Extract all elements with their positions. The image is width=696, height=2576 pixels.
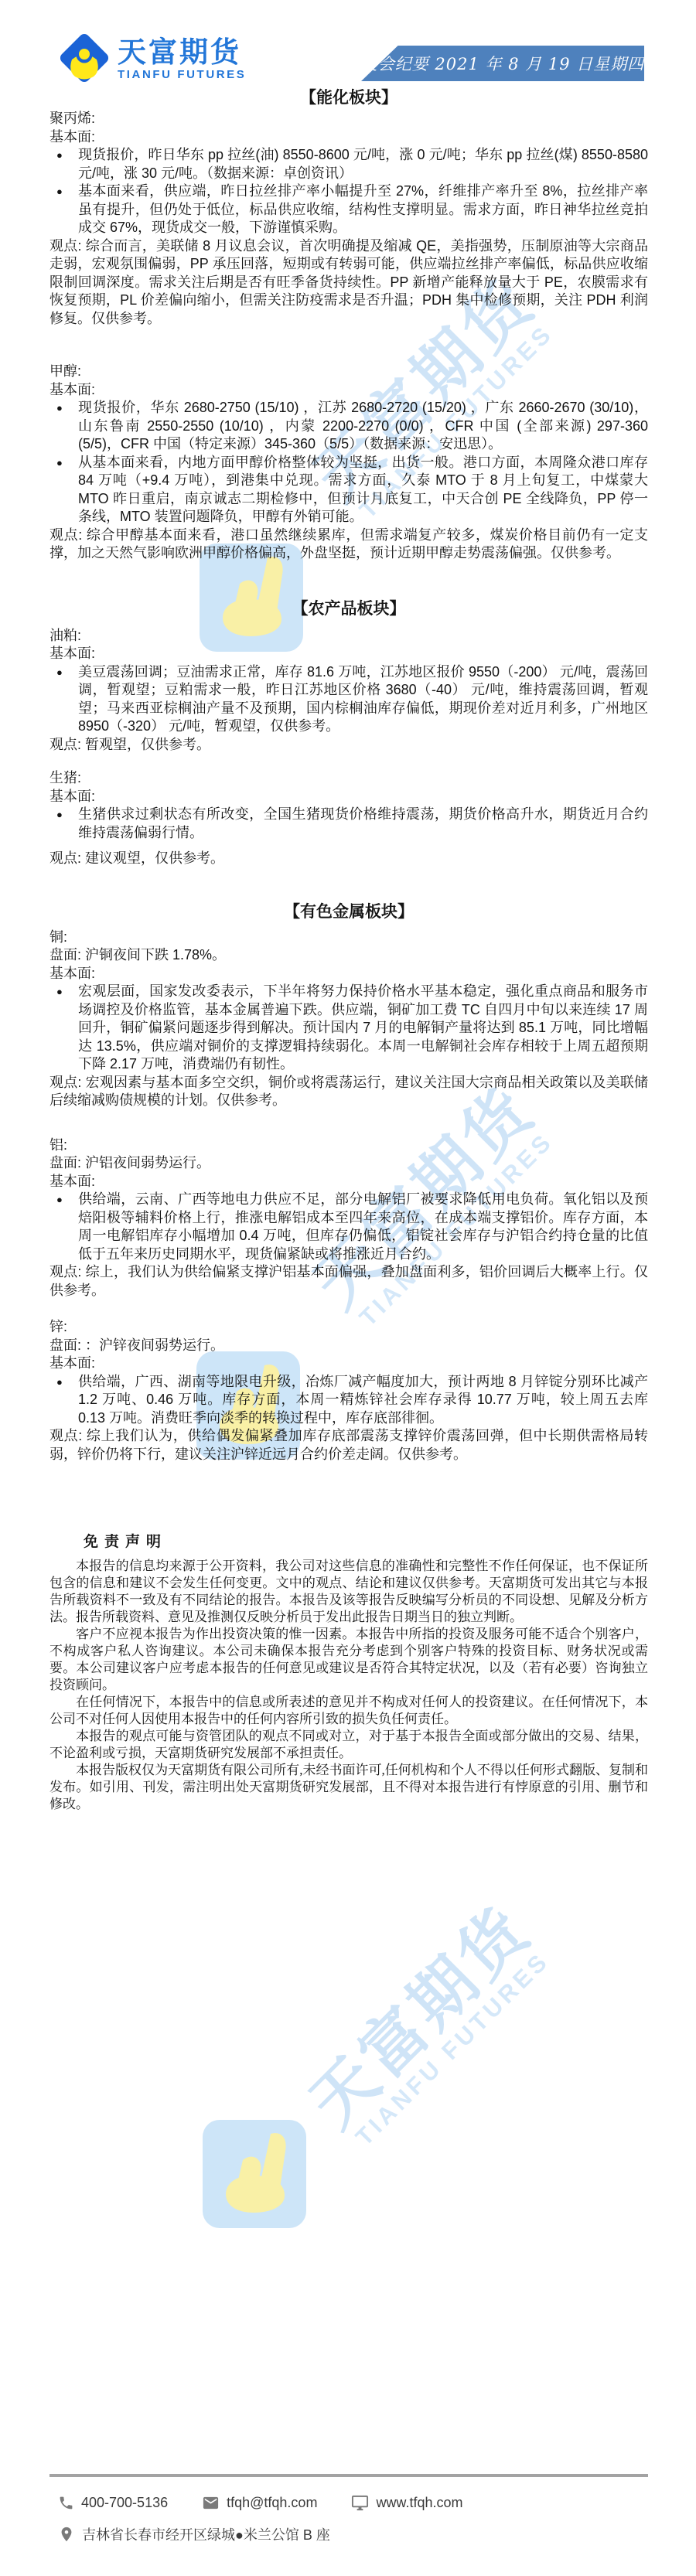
- commodity-name: 油粕:: [49, 627, 648, 646]
- commodity-name: 生猪:: [49, 769, 648, 788]
- market-line: 盘面: 沪铝夜间弱势运行。: [49, 1154, 648, 1173]
- footer-divider: [49, 2474, 648, 2477]
- bullet-item: 现货报价，华东 2680-2750 (15/10) ，江苏 2680-2720 …: [49, 399, 648, 454]
- bullet-dot-icon: [56, 182, 63, 201]
- bullet-list: 供给端，广西、湖南等地限电升级，冶炼厂减产幅度加大，预计两地 8 月锌锭分别环比…: [49, 1373, 648, 1428]
- bullet-dot-icon: [56, 663, 63, 682]
- commodity-name: 甲醇:: [49, 363, 648, 381]
- bullet-dot-icon: [56, 399, 63, 417]
- report-date-banner: 晨会纪要 2021 年 8 月 19 日星期四: [361, 46, 644, 81]
- viewpoint: 观点: 宏观因素与基本面多空交织，铜价或将震荡运行，建议关注国大宗商品相关政策以…: [49, 1074, 648, 1110]
- viewpoint: 观点: 建议观望，仅供参考。: [49, 850, 648, 868]
- commodity-copper: 铜: 盘面: 沪铜夜间下跌 1.78%。 基本面: 宏观层面，国家发改委表示，下…: [49, 929, 648, 1110]
- disclaimer-paragraph: 本报告的观点可能与资管团队的观点不同或对立，对于基于本报告全面或部分做出的交易、…: [49, 1728, 648, 1762]
- market-line: 盘面: 沪铜夜间下跌 1.78%。: [49, 946, 648, 965]
- bullet-list: 供给端，云南、广西等地电力供应不足，部分电解铝厂被要求降低用电负荷。氧化铝以及预…: [49, 1191, 648, 1263]
- watermark-logo-icon: [203, 2120, 306, 2228]
- footer-phone: 400-700-5136: [58, 2495, 168, 2511]
- commodity-polypropylene: 聚丙烯: 基本面: 现货报价，昨日华东 pp 拉丝(油) 8550-8600 元…: [49, 110, 648, 328]
- bullet-dot-icon: [56, 983, 63, 1001]
- fundamental-label: 基本面:: [49, 1173, 648, 1191]
- viewpoint: 观点: 综合而言，美联储 8 月议息会议，首次明确提及缩减 QE，美指强势，压制…: [49, 237, 648, 329]
- bullet-item: 现货报价，昨日华东 pp 拉丝(油) 8550-8600 元/吨，涨 0 元/吨…: [49, 146, 648, 182]
- disclaimer-paragraph: 本报告版权仅为天富期货有限公司所有,未经书面许可,任何机构和个人不得以任何形式翻…: [49, 1762, 648, 1813]
- commodity-name: 锌:: [49, 1318, 648, 1337]
- section-heading-agriculture: 【农产品板块】: [49, 598, 648, 621]
- bullet-dot-icon: [56, 1191, 63, 1209]
- brand-block: 天富期货 TIANFU FUTURES: [118, 37, 246, 82]
- bullet-item: 美豆震荡回调；豆油需求正常，库存 81.6 万吨，江苏地区报价 9550（-20…: [49, 663, 648, 736]
- footer: 400-700-5136 tfqh@tfqh.com www.tfqh.com: [0, 2474, 696, 2544]
- commodity-name: 铜:: [49, 929, 648, 947]
- commodity-name: 铝:: [49, 1136, 648, 1155]
- commodity-methanol: 甲醇: 基本面: 现货报价，华东 2680-2750 (15/10) ，江苏 2…: [49, 363, 648, 563]
- fundamental-label: 基本面:: [49, 645, 648, 663]
- header: 天富期货 TIANFU FUTURES 晨会纪要 2021 年 8 月 19 日…: [0, 0, 696, 89]
- bullet-list: 现货报价，华东 2680-2750 (15/10) ，江苏 2680-2720 …: [49, 399, 648, 526]
- bullet-dot-icon: [56, 1373, 63, 1392]
- footer-website: www.tfqh.com: [351, 2494, 462, 2512]
- brand-name-cn: 天富期货: [118, 37, 246, 68]
- report-page: 天富期货 TIANFU FUTURES 天富期货 TIANFU FUTURES …: [0, 0, 696, 2576]
- fundamental-label: 基本面:: [49, 128, 648, 147]
- bullet-dot-icon: [56, 806, 63, 824]
- bullet-item: 生猪供求过剩状态有所改变，全国生猪现货价格维持震荡，期货价格高升水，期货近月合约…: [49, 806, 648, 842]
- footer-phone-number: 400-700-5136: [81, 2495, 168, 2511]
- bullet-list: 现货报价，昨日华东 pp 拉丝(油) 8550-8600 元/吨，涨 0 元/吨…: [49, 146, 648, 237]
- bullet-item: 从基本面来看，内地方面甲醇价格整体较为坚挺，出货一般。港口方面，本周隆众港口库存…: [49, 454, 648, 526]
- report-body: 【能化板块】 聚丙烯: 基本面: 现货报价，昨日华东 pp 拉丝(油) 8550…: [49, 87, 648, 1813]
- footer-address-text: 吉林省长春市经开区绿城●米兰公馆 B 座: [82, 2524, 330, 2544]
- bullet-dot-icon: [56, 454, 63, 472]
- disclaimer-title: 免责声明: [49, 1533, 648, 1552]
- footer-website-url: www.tfqh.com: [376, 2495, 462, 2511]
- commodity-name: 聚丙烯:: [49, 110, 648, 128]
- viewpoint: 观点: 暂观望，仅供参考。: [49, 736, 648, 755]
- fundamental-label: 基本面:: [49, 1354, 648, 1373]
- watermark-brand-en: TIANFU FUTURES: [318, 1914, 588, 2184]
- commodity-hogs: 生猪: 基本面: 生猪供求过剩状态有所改变，全国生猪现货价格维持震荡，期货价格高…: [49, 769, 648, 868]
- bullet-item: 供给端，广西、湖南等地限电升级，冶炼厂减产幅度加大，预计两地 8 月锌锭分别环比…: [49, 1373, 648, 1428]
- envelope-icon: [202, 2494, 220, 2512]
- brand-name-en: TIANFU FUTURES: [118, 68, 246, 82]
- bullet-item: 供给端，云南、广西等地电力供应不足，部分电解铝厂被要求降低用电负荷。氧化铝以及预…: [49, 1191, 648, 1263]
- bullet-list: 生猪供求过剩状态有所改变，全国生猪现货价格维持震荡，期货价格高升水，期货近月合约…: [49, 806, 648, 842]
- bullet-dot-icon: [56, 146, 63, 165]
- phone-icon: [58, 2495, 74, 2511]
- bullet-item: 基本面来看，供应端，昨日拉丝排产率小幅提升至 27%，纤维排产率升至 8%，拉丝…: [49, 182, 648, 237]
- fundamental-label: 基本面:: [49, 965, 648, 983]
- section-heading-energy: 【能化板块】: [49, 87, 648, 110]
- viewpoint: 观点: 综上，我们认为供给偏紧支撑沪铝基本面偏强，叠加盘面利多，铝价回调后大概率…: [49, 1263, 648, 1300]
- monitor-icon: [351, 2494, 369, 2512]
- fundamental-label: 基本面:: [49, 788, 648, 806]
- location-pin-icon: [58, 2526, 75, 2543]
- footer-email-address: tfqh@tfqh.com: [227, 2495, 317, 2511]
- disclaimer-paragraph: 客户不应视本报告为作出投资决策的惟一因素。本报告中所指的投资及服务可能不适合个别…: [49, 1626, 648, 1694]
- section-heading-metals: 【有色金属板块】: [49, 901, 648, 924]
- bullet-item: 宏观层面，国家发改委表示，下半年将努力保持价格水平基本稳定，强化重点商品和服务市…: [49, 983, 648, 1074]
- commodity-oil-meal: 油粕: 基本面: 美豆震荡回调；豆油需求正常，库存 81.6 万吨，江苏地区报价…: [49, 627, 648, 755]
- bullet-list: 宏观层面，国家发改委表示，下半年将努力保持价格水平基本稳定，强化重点商品和服务市…: [49, 983, 648, 1074]
- disclaimer-section: 免责声明 本报告的信息均来源于公开资料，我公司对这些信息的准确性和完整性不作任何…: [49, 1533, 648, 1813]
- report-title-date: 晨会纪要 2021 年 8 月 19 日星期四: [361, 52, 645, 75]
- footer-email: tfqh@tfqh.com: [202, 2494, 317, 2512]
- disclaimer-paragraph: 本报告的信息均来源于公开资料，我公司对这些信息的准确性和完整性不作任何保证，也不…: [49, 1558, 648, 1626]
- viewpoint: 观点: 综合甲醇基本面来看，港口虽然继续累库，但需求端复产较多，煤炭价格目前仍有…: [49, 526, 648, 563]
- footer-address: 吉林省长春市经开区绿城●米兰公馆 B 座: [58, 2524, 330, 2544]
- market-line: 盘面: ：沪锌夜间弱势运行。: [49, 1337, 648, 1355]
- commodity-zinc: 锌: 盘面: ：沪锌夜间弱势运行。 基本面: 供给端，广西、湖南等地限电升级，冶…: [49, 1318, 648, 1463]
- disclaimer-paragraph: 在任何情况下，本报告中的信息或所表述的意见并不构成对任何人的投资建议。在任何情况…: [49, 1694, 648, 1728]
- viewpoint: 观点: 综上我们认为，供给偶发偏紧叠加库存底部震荡支撑锌价震荡回弹，但中长期供需…: [49, 1427, 648, 1463]
- commodity-aluminum: 铝: 盘面: 沪铝夜间弱势运行。 基本面: 供给端，云南、广西等地电力供应不足，…: [49, 1136, 648, 1300]
- bullet-list: 美豆震荡回调；豆油需求正常，库存 81.6 万吨，江苏地区报价 9550（-20…: [49, 663, 648, 736]
- watermark-brand-cn: 天富期货: [271, 1867, 569, 2165]
- company-logo-icon: [57, 31, 111, 85]
- fundamental-label: 基本面:: [49, 381, 648, 400]
